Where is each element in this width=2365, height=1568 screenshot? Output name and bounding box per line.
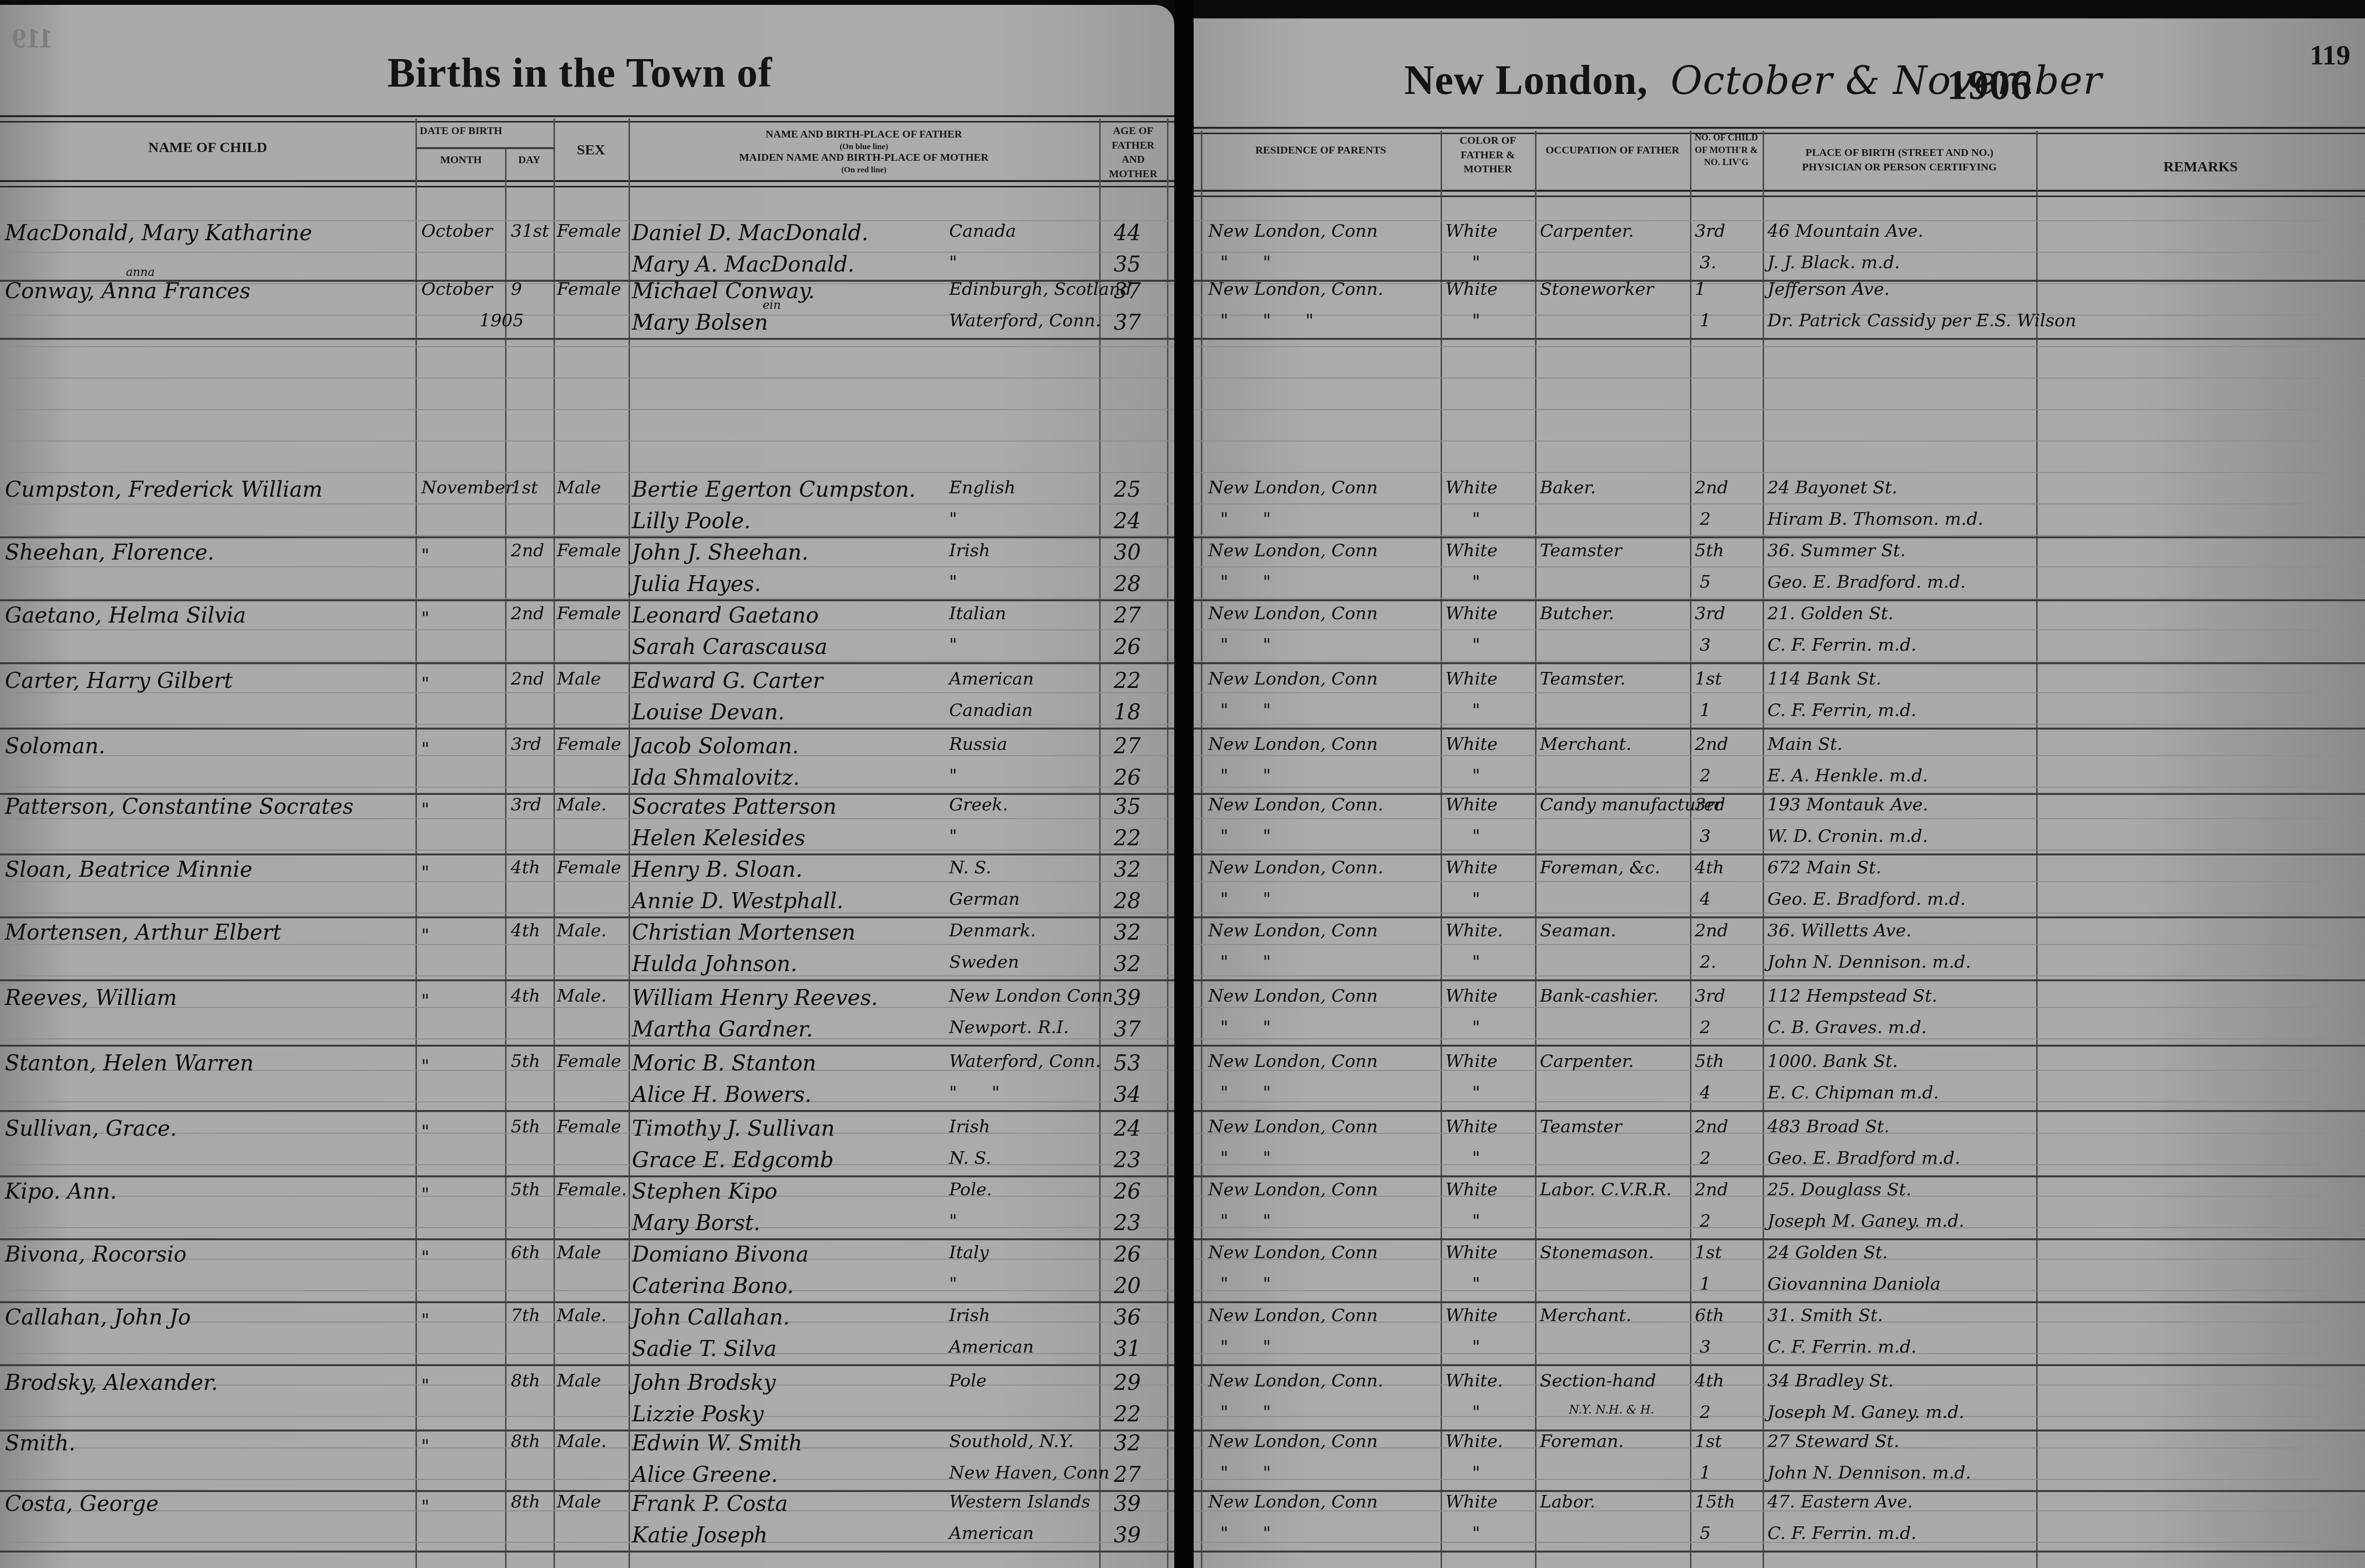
record-residence: New London, Conn bbox=[1208, 922, 1378, 940]
ledger-line bbox=[0, 1227, 1174, 1228]
record-mother-age: 22 bbox=[1114, 828, 1141, 849]
record-place: 21. Golden St. bbox=[1767, 605, 1893, 623]
record-father: Stephen Kipo bbox=[632, 1181, 777, 1203]
col-divider bbox=[629, 119, 630, 1568]
record-month: November bbox=[421, 479, 514, 497]
ledger-line bbox=[0, 661, 1174, 662]
record-place: 483 Broad St. bbox=[1767, 1118, 1889, 1136]
record-color: White bbox=[1445, 670, 1497, 688]
record-living: 2 bbox=[1700, 1019, 1711, 1036]
record-mother-age: 34 bbox=[1114, 1084, 1141, 1106]
record-month: " bbox=[421, 547, 444, 564]
ledger-line bbox=[1194, 409, 2365, 410]
record-month: " bbox=[421, 1058, 444, 1075]
header-month: Month bbox=[415, 152, 507, 167]
record-living: 3 bbox=[1700, 1339, 1711, 1356]
record-residence2: " " bbox=[1220, 954, 1286, 971]
record-sex: Male bbox=[557, 1493, 601, 1511]
record-color: White bbox=[1445, 1181, 1497, 1199]
col-divider bbox=[1099, 119, 1101, 1568]
record-color2: " bbox=[1472, 1464, 1495, 1482]
record-physician: C. F. Ferrin. m.d. bbox=[1767, 1525, 1917, 1542]
ledger-line bbox=[0, 566, 1174, 567]
record-separator bbox=[1194, 1364, 2365, 1366]
record-child: Callahan, John Jo bbox=[5, 1307, 191, 1328]
record-mother: Mary Borst. bbox=[632, 1213, 760, 1234]
record-sex: Female bbox=[557, 1118, 621, 1136]
record-day: 8th bbox=[511, 1372, 540, 1390]
ledger-line bbox=[1194, 346, 2365, 347]
record-occupation: Teamster bbox=[1540, 1118, 1622, 1136]
record-residence2: " " bbox=[1220, 1150, 1286, 1167]
record-month: October bbox=[421, 223, 492, 240]
record-occupation: Labor. C.V.R.R. bbox=[1540, 1181, 1672, 1199]
header-mother-note: (On red line) bbox=[629, 165, 1099, 176]
record-occupation: Labor. bbox=[1540, 1493, 1596, 1511]
record-occupation: Foreman. bbox=[1540, 1433, 1624, 1450]
ledger-line bbox=[0, 787, 1174, 788]
record-month: October bbox=[421, 281, 492, 298]
record-place: 24 Bayonet St. bbox=[1767, 479, 1897, 497]
record-mother: Katie Joseph bbox=[632, 1525, 768, 1546]
record-color: White bbox=[1445, 479, 1497, 497]
record-mother: Grace E. Edgcomb bbox=[632, 1150, 834, 1171]
record-month: " bbox=[421, 801, 444, 819]
record-day: 31st bbox=[511, 223, 549, 240]
record-occupation: Carpenter. bbox=[1540, 223, 1634, 240]
record-father: Socrates Patterson bbox=[632, 796, 837, 818]
record-child: Sullivan, Grace. bbox=[5, 1118, 177, 1140]
record-color2: " bbox=[1472, 702, 1495, 719]
record-father-age: 32 bbox=[1114, 1433, 1141, 1454]
record-month: " bbox=[421, 927, 444, 944]
record-mother-age: 23 bbox=[1114, 1213, 1141, 1234]
record-color: White. bbox=[1445, 1372, 1503, 1390]
record-separator bbox=[1194, 1110, 2365, 1112]
record-father-place: Canada bbox=[949, 223, 1016, 240]
record-place: 1000. Bank St. bbox=[1767, 1053, 1898, 1070]
record-father: Jacob Soloman. bbox=[632, 736, 799, 757]
record-color: White bbox=[1445, 1118, 1497, 1136]
record-physician: E. C. Chipman m.d. bbox=[1767, 1084, 1939, 1102]
header-color: Color of Father & Mother bbox=[1441, 133, 1535, 176]
record-residence: New London, Conn bbox=[1208, 542, 1378, 560]
record-father-age: 32 bbox=[1114, 859, 1141, 881]
record-month: " bbox=[421, 675, 444, 693]
record-living: 2 bbox=[1700, 1213, 1711, 1230]
record-mother-place: " bbox=[949, 574, 972, 591]
page-number: 119 bbox=[2310, 39, 2350, 71]
record-sex: Female bbox=[557, 223, 621, 240]
record-place: 31. Smith St. bbox=[1767, 1307, 1883, 1324]
record-year: 1905 bbox=[479, 312, 524, 330]
ledger-line bbox=[1194, 724, 2365, 725]
ledger-line bbox=[1194, 818, 2365, 819]
record-residence2: " " bbox=[1220, 1339, 1286, 1356]
record-separator bbox=[0, 853, 1174, 855]
record-sex: Female bbox=[557, 736, 621, 753]
record-father: Timothy J. Sullivan bbox=[632, 1118, 835, 1140]
record-month: " bbox=[421, 741, 444, 758]
record-child-no: 2nd bbox=[1695, 1181, 1728, 1199]
col-divider bbox=[505, 148, 507, 1568]
record-day: 4th bbox=[511, 922, 540, 940]
record-physician: Joseph M. Ganey. m.d. bbox=[1767, 1213, 1965, 1230]
record-child: MacDonald, Mary Katharine bbox=[5, 223, 312, 244]
record-father-age: 39 bbox=[1114, 988, 1141, 1009]
record-mother-age: 27 bbox=[1114, 1464, 1141, 1486]
col-divider bbox=[553, 119, 555, 1568]
record-child-no: 5th bbox=[1695, 542, 1724, 560]
header-age: Age of Father and Mother bbox=[1099, 123, 1167, 181]
record-color: White bbox=[1445, 542, 1497, 560]
record-father: John Callahan. bbox=[632, 1307, 790, 1328]
record-color2: " bbox=[1472, 1019, 1495, 1036]
record-day: 8th bbox=[511, 1433, 540, 1450]
record-mother-place: New Haven, Conn bbox=[949, 1464, 1109, 1482]
record-father: John Brodsky bbox=[632, 1372, 776, 1394]
record-separator bbox=[0, 916, 1174, 918]
record-separator bbox=[0, 1110, 1174, 1112]
record-sex: Male. bbox=[557, 988, 607, 1005]
record-father-place: Pole. bbox=[949, 1181, 992, 1199]
record-residence2: " " bbox=[1220, 1084, 1286, 1102]
record-color2: " bbox=[1472, 1084, 1495, 1102]
record-separator bbox=[1194, 1175, 2365, 1177]
record-occupation: Stoneworker bbox=[1540, 281, 1654, 298]
header-remarks: Remarks bbox=[2036, 157, 2365, 177]
record-sex: Male bbox=[557, 1372, 601, 1390]
record-separator bbox=[1194, 916, 2365, 918]
record-living: 3 bbox=[1700, 637, 1711, 654]
record-father: John J. Sheehan. bbox=[632, 542, 808, 563]
record-father-place: Edinburgh, Scotland bbox=[949, 281, 1132, 298]
record-month: " bbox=[421, 1498, 444, 1516]
record-color: White bbox=[1445, 1493, 1497, 1511]
record-residence: New London, Conn bbox=[1208, 670, 1378, 688]
record-color: White bbox=[1445, 223, 1497, 240]
record-mother-place: " bbox=[949, 511, 972, 528]
record-living: 1 bbox=[1700, 1276, 1711, 1293]
record-living: 2 bbox=[1700, 1404, 1711, 1421]
record-mother-place: Sweden bbox=[949, 954, 1019, 971]
record-father-age: 53 bbox=[1114, 1053, 1141, 1074]
record-mother-place: American bbox=[949, 1525, 1034, 1542]
record-child-no: 2nd bbox=[1695, 479, 1728, 497]
record-physician: John N. Dennison. m.d. bbox=[1767, 954, 1971, 971]
ledger-line bbox=[1194, 598, 2365, 599]
record-mother-place: Newport. R.I. bbox=[949, 1019, 1069, 1036]
record-place: 27 Steward St. bbox=[1767, 1433, 1899, 1450]
record-child: Sloan, Beatrice Minnie bbox=[5, 859, 252, 881]
record-color: White. bbox=[1445, 1433, 1503, 1450]
record-residence: New London, Conn. bbox=[1208, 859, 1383, 877]
record-mother: Mary Bolsen bbox=[632, 312, 768, 334]
record-child: Bivona, Rocorsio bbox=[5, 1244, 186, 1265]
record-residence2: " " bbox=[1220, 1213, 1286, 1230]
record-father-age: 39 bbox=[1114, 1493, 1141, 1515]
col-divider bbox=[1167, 119, 1168, 1568]
ledger-line bbox=[1194, 472, 2365, 473]
record-occupation: Bank-cashier. bbox=[1540, 988, 1659, 1005]
record-color2: " bbox=[1472, 1276, 1495, 1293]
ledger-line bbox=[1194, 692, 2365, 693]
record-residence2: " " bbox=[1220, 574, 1286, 591]
ledger-line bbox=[0, 724, 1174, 725]
record-physician: C. F. Ferrin. m.d. bbox=[1767, 1339, 1917, 1356]
record-physician: W. D. Cronin. m.d. bbox=[1767, 828, 1928, 845]
ledger-line bbox=[1194, 975, 2365, 976]
ledger-line bbox=[1194, 566, 2365, 567]
record-occupation: Baker. bbox=[1540, 479, 1596, 497]
record-living: 2. bbox=[1700, 954, 1716, 971]
record-father-place: Greek. bbox=[949, 796, 1008, 814]
ledger-line bbox=[0, 755, 1174, 756]
record-separator bbox=[0, 728, 1174, 730]
ledger-line bbox=[0, 409, 1174, 410]
record-mother-age: 18 bbox=[1114, 702, 1141, 723]
record-day: 2nd bbox=[511, 542, 544, 560]
record-residence2: " " bbox=[1220, 637, 1286, 654]
header-mother-label: Maiden Name and Birth-Place of Mother bbox=[739, 151, 989, 163]
ledger-line bbox=[1194, 1007, 2365, 1008]
header-day: Day bbox=[505, 152, 553, 167]
record-father-age: 25 bbox=[1114, 479, 1141, 501]
record-residence: New London, Conn. bbox=[1208, 796, 1383, 814]
record-residence: New London, Conn bbox=[1208, 605, 1378, 623]
record-separator bbox=[1194, 1238, 2365, 1240]
record-residence: New London, Conn. bbox=[1208, 1372, 1383, 1390]
record-day: 5th bbox=[511, 1118, 540, 1136]
record-place: 46 Mountain Ave. bbox=[1767, 223, 1923, 240]
record-place: 24 Golden St. bbox=[1767, 1244, 1888, 1262]
record-sex: Male. bbox=[557, 1307, 607, 1324]
date-subheader-rule bbox=[415, 147, 555, 149]
ledger-title-place: New London, bbox=[1404, 56, 1648, 104]
record-physician: C. F. Ferrin. m.d. bbox=[1767, 637, 1917, 654]
record-separator bbox=[1194, 338, 2365, 340]
record-mother: Helen Kelesides bbox=[632, 828, 805, 849]
header-date-of-birth: Date of Birth bbox=[415, 123, 507, 138]
record-place: Jefferson Ave. bbox=[1767, 281, 1889, 298]
record-color: White bbox=[1445, 1053, 1497, 1070]
record-child-no: 3rd bbox=[1695, 988, 1725, 1005]
record-child: Carter, Harry Gilbert bbox=[5, 670, 233, 692]
record-occupation: Foreman, &c. bbox=[1540, 859, 1660, 877]
ledger-line bbox=[1194, 913, 2365, 913]
record-residence: New London, Conn bbox=[1208, 1053, 1378, 1070]
record-color: White. bbox=[1445, 922, 1503, 940]
record-sex: Male. bbox=[557, 922, 607, 940]
record-living: 1 bbox=[1700, 312, 1711, 330]
ledger-line bbox=[0, 975, 1174, 976]
record-month: " bbox=[421, 992, 444, 1010]
header-place-label: Place of Birth (Street and No.) bbox=[1806, 146, 1994, 158]
record-place: 114 Bank St. bbox=[1767, 670, 1881, 688]
record-separator bbox=[1194, 1045, 2365, 1047]
record-occupation: Butcher. bbox=[1540, 605, 1614, 623]
record-month: " bbox=[421, 1123, 444, 1141]
record-father-age: 36 bbox=[1114, 1307, 1141, 1328]
record-residence: New London, Conn. bbox=[1208, 281, 1383, 298]
record-father: Leonard Gaetano bbox=[632, 605, 819, 626]
record-child: Kipo. Ann. bbox=[5, 1181, 117, 1203]
record-separator bbox=[1194, 599, 2365, 601]
record-color: White bbox=[1445, 281, 1497, 298]
record-father: Moric B. Stanton bbox=[632, 1053, 816, 1074]
record-day: 8th bbox=[511, 1493, 540, 1511]
record-living: 1 bbox=[1700, 1464, 1711, 1482]
record-day: 3rd bbox=[511, 796, 541, 814]
col-divider bbox=[415, 119, 417, 1568]
record-residence2: " " bbox=[1220, 511, 1286, 528]
record-color: White bbox=[1445, 736, 1497, 753]
record-child-correction: anna bbox=[126, 266, 155, 278]
record-physician: John N. Dennison. m.d. bbox=[1767, 1464, 1971, 1482]
record-color: White bbox=[1445, 859, 1497, 877]
ledger-title-left: Births in the Town of bbox=[387, 48, 772, 97]
record-mother-place: " bbox=[949, 828, 972, 845]
record-father-place: English bbox=[949, 479, 1015, 497]
record-father: Frank P. Costa bbox=[632, 1493, 788, 1515]
ledger-line bbox=[1194, 629, 2365, 630]
record-child-no: 3rd bbox=[1695, 223, 1725, 240]
header-father: Name and Birth-Place of Father (On blue … bbox=[629, 127, 1099, 152]
record-residence: New London, Conn bbox=[1208, 1118, 1378, 1136]
ledger-line bbox=[1194, 535, 2365, 536]
record-month: " bbox=[421, 1438, 444, 1455]
record-father-age: 27 bbox=[1114, 605, 1141, 626]
record-occupation: Section-hand bbox=[1540, 1372, 1656, 1390]
record-color: White bbox=[1445, 1307, 1497, 1324]
record-father: Michael Conway. bbox=[632, 281, 815, 302]
record-mother: Hulda Johnson. bbox=[632, 954, 797, 975]
record-father-age: 26 bbox=[1114, 1244, 1141, 1265]
record-day: 4th bbox=[511, 988, 540, 1005]
record-physician: Hiram B. Thomson. m.d. bbox=[1767, 511, 1983, 528]
record-color2: " bbox=[1472, 1213, 1495, 1230]
record-child: Costa, George bbox=[5, 1493, 159, 1515]
record-place: 25. Douglass St. bbox=[1767, 1181, 1911, 1199]
record-day: 4th bbox=[511, 859, 540, 877]
record-mother: Lilly Poole. bbox=[632, 511, 751, 532]
record-separator bbox=[1194, 536, 2365, 538]
record-child-no: 4th bbox=[1695, 1372, 1724, 1390]
record-residence2: " " bbox=[1220, 1019, 1286, 1036]
ghost-page-number: 119 bbox=[12, 22, 53, 54]
record-occupation: Teamster bbox=[1540, 542, 1622, 560]
record-father-age: 22 bbox=[1114, 670, 1141, 692]
record-mother-age: 37 bbox=[1114, 312, 1141, 334]
record-father-place: N. S. bbox=[949, 859, 991, 877]
header-physician-label: Physician or Person Certifying bbox=[1763, 160, 2036, 174]
record-separator bbox=[0, 338, 1174, 340]
record-color2: " bbox=[1472, 1404, 1495, 1421]
ledger-line bbox=[0, 1290, 1174, 1291]
record-mother-place: " bbox=[949, 254, 972, 272]
record-living: 5 bbox=[1700, 574, 1711, 591]
header-occupation: Occupation of Father bbox=[1535, 143, 1690, 157]
record-separator bbox=[1194, 1551, 2365, 1553]
record-color2: " bbox=[1472, 828, 1495, 845]
record-sex: Female bbox=[557, 1053, 621, 1070]
record-living: 2 bbox=[1700, 1150, 1711, 1167]
record-father: Bertie Egerton Cumpston. bbox=[632, 479, 916, 501]
ledger-line bbox=[0, 472, 1174, 473]
record-mother-age: 24 bbox=[1114, 511, 1141, 532]
record-child: Brodsky, Alexander. bbox=[5, 1372, 218, 1394]
ledger-line bbox=[0, 1164, 1174, 1165]
record-physician: Giovannina Daniola bbox=[1767, 1276, 1940, 1293]
record-living: 3 bbox=[1700, 828, 1711, 845]
record-mother: Martha Gardner. bbox=[632, 1019, 813, 1040]
record-color2: " bbox=[1472, 891, 1495, 908]
record-child-no: 3rd bbox=[1695, 796, 1725, 814]
record-father-age: 44 bbox=[1114, 223, 1141, 244]
record-father-age: 27 bbox=[1114, 736, 1141, 757]
record-sex: Female bbox=[557, 859, 621, 877]
ledger-line bbox=[1194, 441, 2365, 441]
record-residence2: " " bbox=[1220, 1525, 1286, 1542]
ledger-line bbox=[1194, 378, 2365, 379]
header-bottom-rule-right bbox=[1194, 190, 2365, 197]
record-sex: Male bbox=[557, 1244, 601, 1262]
record-physician: Geo. E. Bradford m.d. bbox=[1767, 1150, 1960, 1167]
record-mother-age: 39 bbox=[1114, 1525, 1141, 1546]
record-color2: " bbox=[1472, 312, 1495, 330]
record-occupation: Merchant. bbox=[1540, 736, 1631, 753]
record-residence: New London, Conn bbox=[1208, 1307, 1378, 1324]
record-father: William Henry Reeves. bbox=[632, 988, 878, 1009]
record-father-age: 24 bbox=[1114, 1118, 1141, 1140]
record-physician: Geo. E. Bradford. m.d. bbox=[1767, 574, 1966, 591]
record-living: 3. bbox=[1700, 254, 1716, 272]
header-bottom-rule-left bbox=[0, 180, 1174, 187]
record-place: 112 Hempstead St. bbox=[1767, 988, 1937, 1005]
header-place-of-birth: Place of Birth (Street and No.) Physicia… bbox=[1763, 145, 2036, 174]
record-child-no: 5th bbox=[1695, 1053, 1724, 1070]
record-color2: " bbox=[1472, 637, 1495, 654]
record-mother-age: 28 bbox=[1114, 574, 1141, 595]
record-child: Conway, Anna Frances bbox=[5, 281, 250, 302]
record-color: White bbox=[1445, 796, 1497, 814]
record-father-age: 30 bbox=[1114, 542, 1141, 563]
record-father-age: 29 bbox=[1114, 1372, 1141, 1394]
record-residence: New London, Conn bbox=[1208, 223, 1378, 240]
record-father-place: Irish bbox=[949, 1118, 990, 1136]
ledger-line bbox=[0, 1416, 1174, 1417]
record-father-age: 26 bbox=[1114, 1181, 1141, 1203]
record-mother: Louise Devan. bbox=[632, 702, 784, 723]
header-top-rule-left bbox=[0, 115, 1174, 122]
record-child-no: 1st bbox=[1695, 1433, 1722, 1450]
record-mother-age: 26 bbox=[1114, 637, 1141, 658]
record-physician: J. J. Black. m.d. bbox=[1767, 254, 1900, 272]
record-father-place: Western Islands bbox=[949, 1493, 1090, 1511]
record-place: 193 Montauk Ave. bbox=[1767, 796, 1928, 814]
record-living: 2 bbox=[1700, 767, 1711, 785]
record-child: Reeves, William bbox=[5, 988, 177, 1009]
record-separator bbox=[0, 979, 1174, 981]
record-mother-place: Waterford, Conn. bbox=[949, 312, 1101, 330]
record-residence: New London, Conn bbox=[1208, 1493, 1378, 1511]
record-month: " bbox=[421, 1312, 444, 1329]
ledger-line bbox=[0, 850, 1174, 851]
ledger-line bbox=[0, 629, 1174, 630]
record-place: 36. Willetts Ave. bbox=[1767, 922, 1911, 940]
record-living: 4 bbox=[1700, 1084, 1711, 1102]
record-mother-age: 32 bbox=[1114, 954, 1141, 975]
